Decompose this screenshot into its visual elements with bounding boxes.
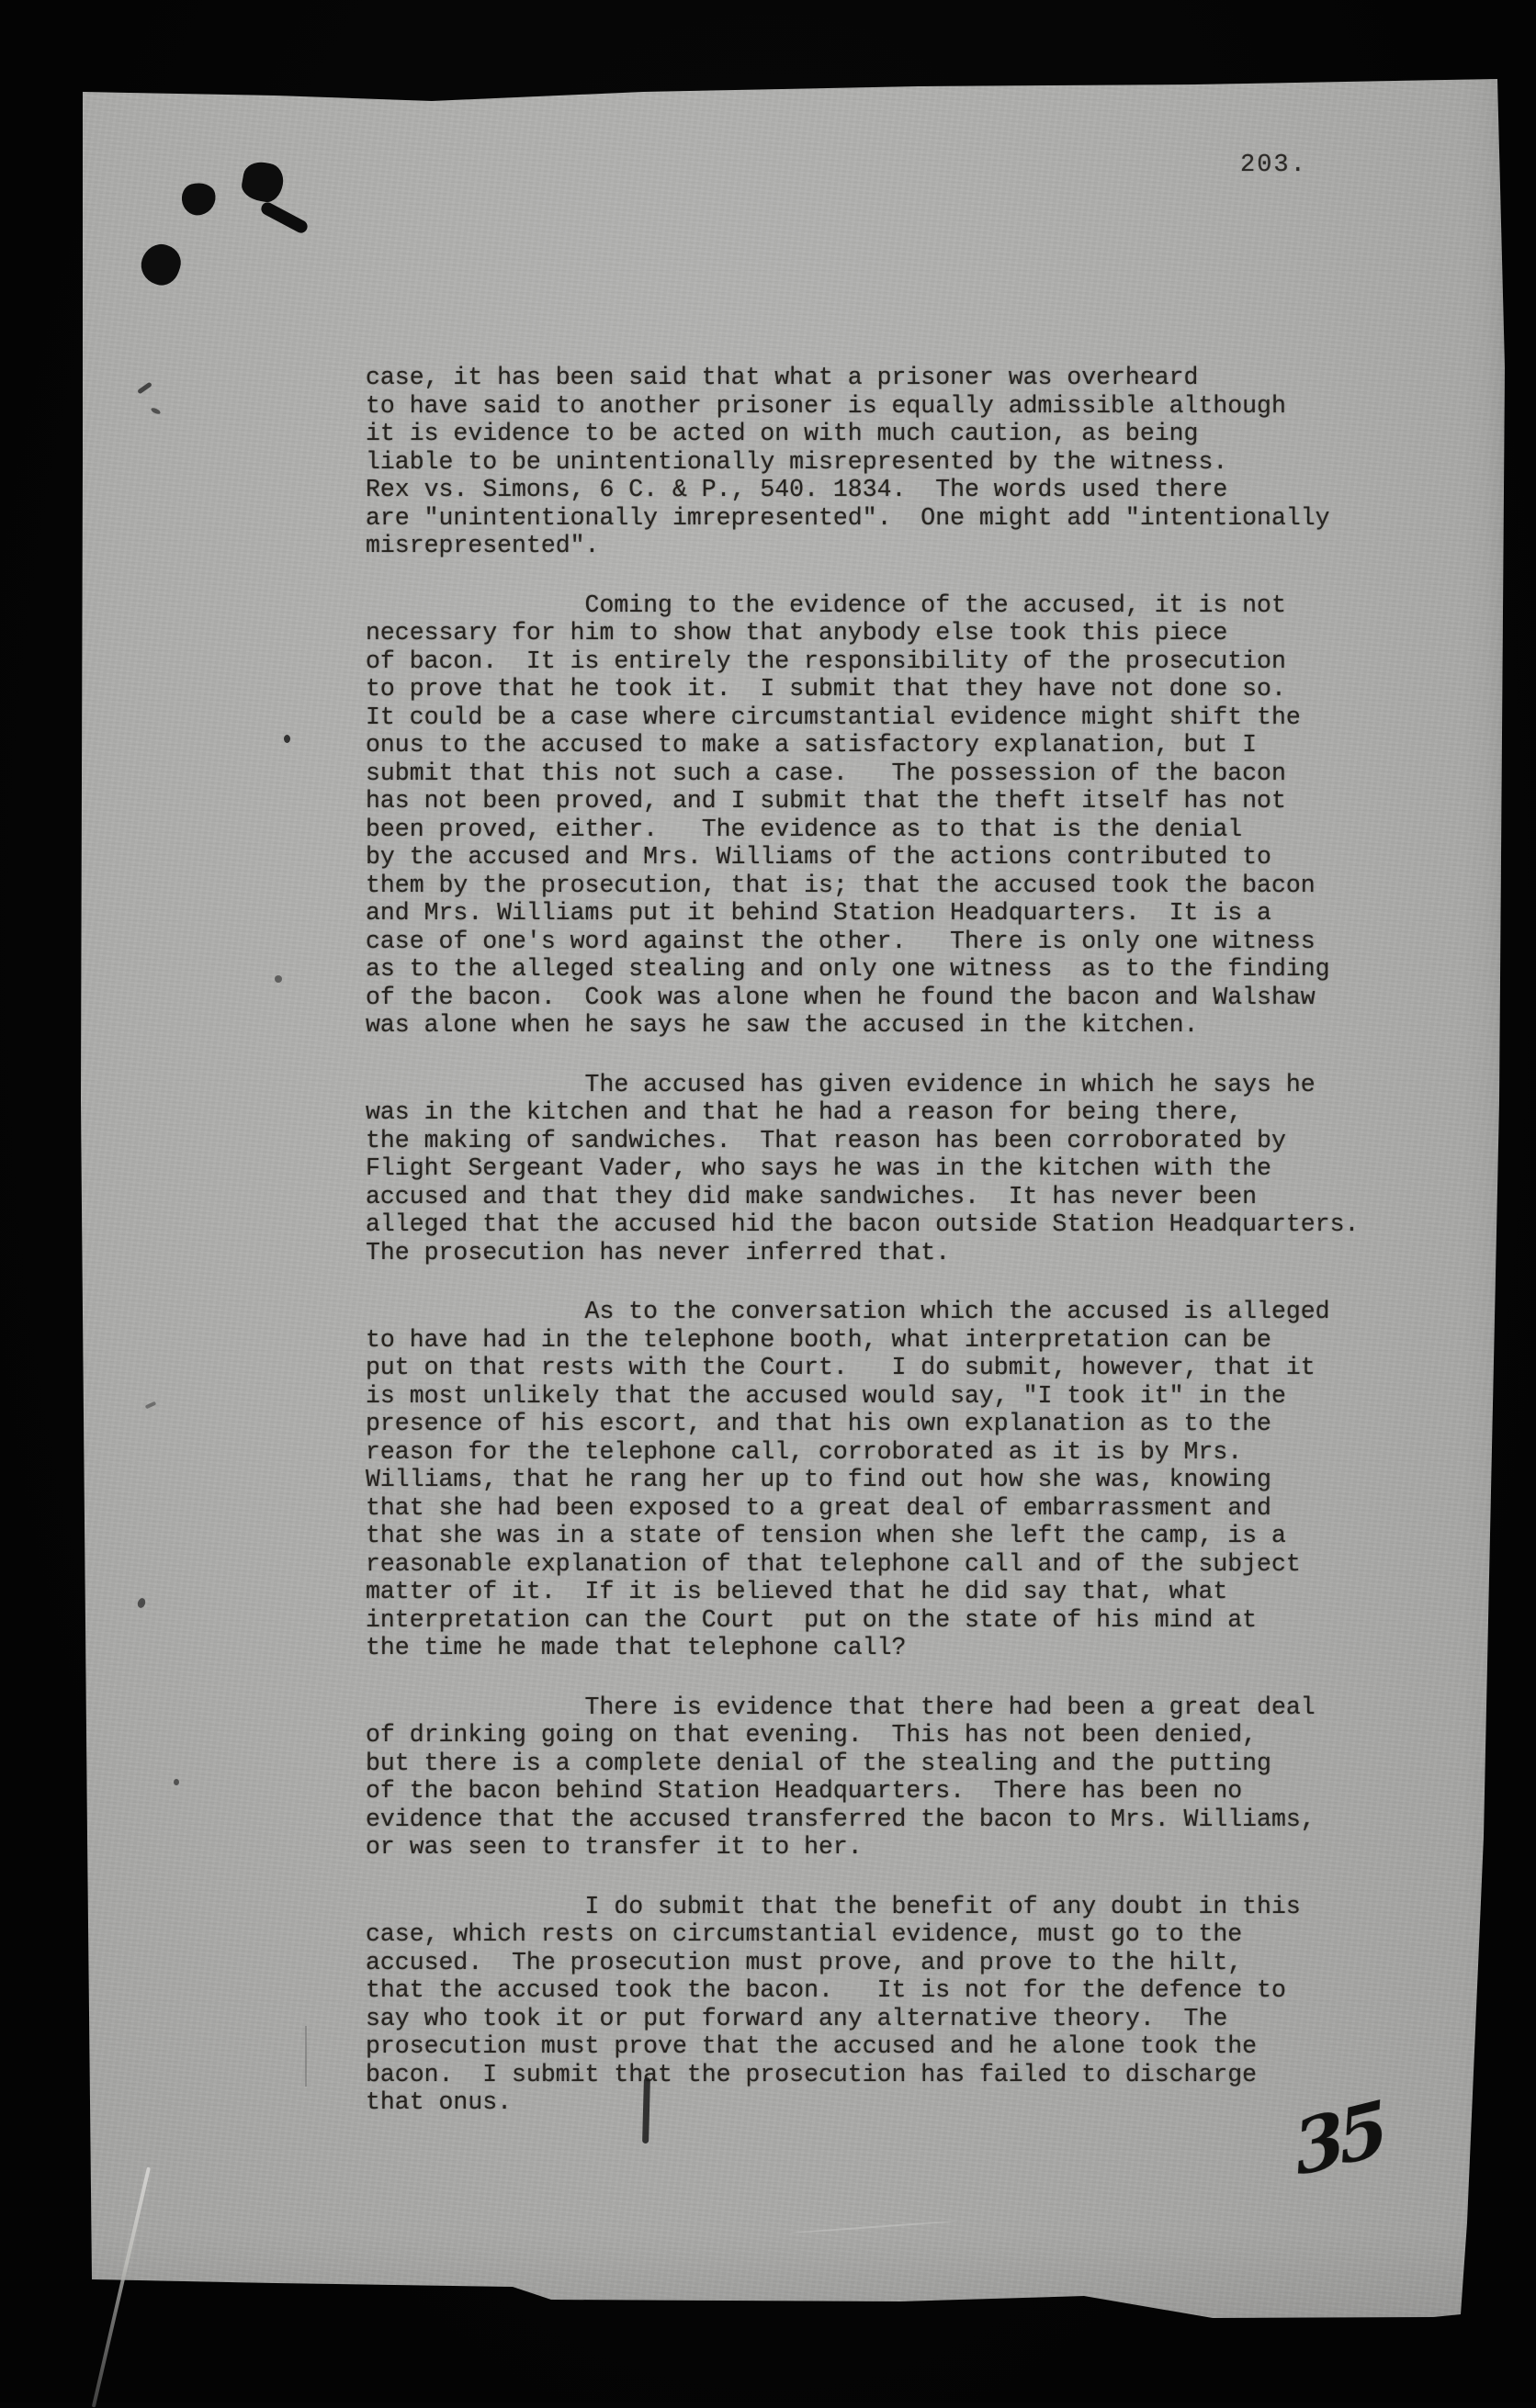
ink-speck-1 — [284, 735, 290, 743]
page-number: 203. — [1240, 152, 1307, 179]
paragraph: I do submit that the benefit of any doub… — [366, 1893, 1385, 2117]
document-text: case, it has been said that what a priso… — [366, 364, 1385, 2148]
margin-crease-line — [305, 2026, 307, 2087]
document-page: 203. case, it has been said that what a … — [0, 0, 1536, 2402]
ink-speck-2 — [275, 975, 282, 983]
ink-speck-3 — [145, 1401, 157, 1410]
ink-tick-2 — [150, 407, 161, 415]
ink-tick-1 — [137, 382, 152, 395]
ink-streak — [259, 200, 310, 235]
paper-scratch — [790, 2221, 955, 2234]
paragraph: As to the conversation which the accused… — [366, 1298, 1385, 1662]
ink-blob-1 — [178, 179, 220, 219]
ink-blob-2 — [240, 159, 287, 204]
ink-blob-3 — [136, 240, 186, 290]
ink-speck-5 — [174, 1779, 179, 1785]
paragraph: There is evidence that there had been a … — [366, 1693, 1385, 1862]
paragraph: Coming to the evidence of the accused, i… — [366, 591, 1385, 1040]
paragraph: case, it has been said that what a priso… — [366, 364, 1385, 560]
ink-speck-4 — [136, 1597, 146, 1609]
scan-background: 203. case, it has been said that what a … — [0, 0, 1536, 2402]
paragraph: The accused has given evidence in which … — [366, 1071, 1385, 1267]
